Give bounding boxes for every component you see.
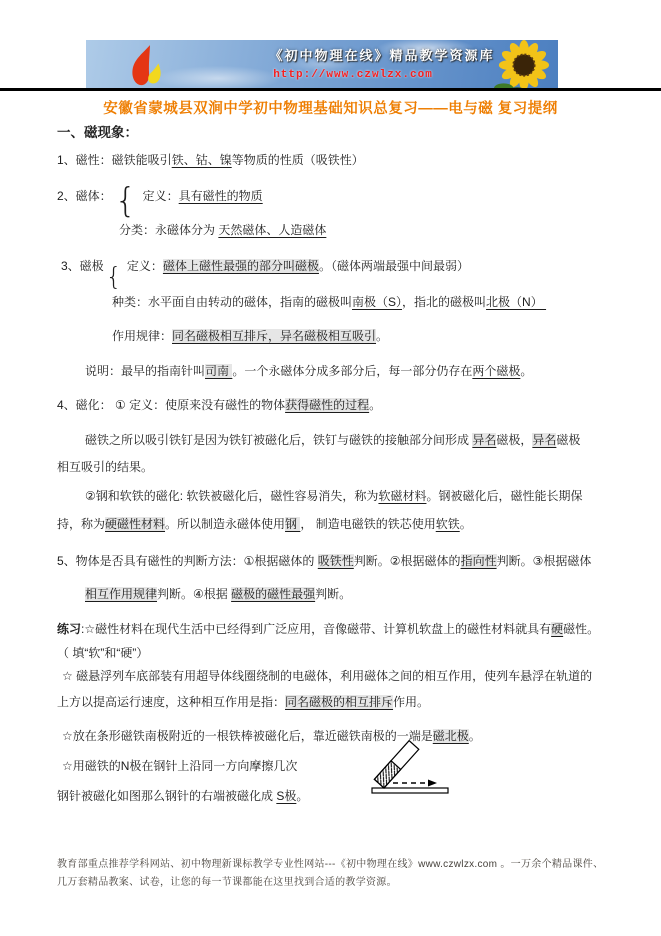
doc-line: 2、磁体：{ 定义：具有磁性的物质 <box>57 187 661 205</box>
answer-blank: 司南 <box>205 364 232 378</box>
answer-blank: 天然磁体、人造磁体 <box>218 223 326 237</box>
footer: 教育部重点推荐学科网站、初中物理新课标教学专业性网站---《初中物理在线》www… <box>57 856 617 891</box>
answer-blank: 磁极的磁性最强 <box>231 587 315 601</box>
doc-line: 3、磁极{ 定义：磁体上磁性最强的部分叫磁极。（磁体两端最强中间最弱） <box>57 257 661 277</box>
text-run: 5、物体是否具有磁性的判断方法：①根据磁体的 <box>57 554 318 568</box>
answer-blank: 获得磁性的过程 <box>285 398 369 412</box>
answer-blank: 指向性 <box>461 554 497 568</box>
text-run: 。 <box>460 517 472 531</box>
doc-line: 分类：永磁体分为 天然磁体、人造磁体 <box>57 221 661 239</box>
text-run: 。 <box>296 789 308 803</box>
answer-blank: 同名磁极相互排斥，异名磁极相互吸引 <box>172 329 376 343</box>
doc-line: ☆ 磁悬浮列车底部装有用超导体线圈绕制的电磁体，利用磁体之间的相互作用，使列车悬… <box>57 667 661 685</box>
section-heading: 一、磁现象： <box>57 124 661 142</box>
text-run: 上方以提高运行速度，这种相互作用是指： <box>57 695 285 709</box>
text-run: 持，称为 <box>57 517 105 531</box>
doc-line: （ 填“软”和“硬”） <box>57 644 661 662</box>
doc-line: 相互作用规律判断。④根据 磁极的磁性最强判断。 <box>57 585 661 603</box>
doc-line: ☆用磁铁的N极在钢针上沿同一方向摩擦几次 <box>57 757 661 775</box>
text-run: 磁铁之所以吸引铁钉是因为铁钉被磁化后，铁钉与磁铁的接触部分间形成 <box>85 433 472 447</box>
text-run: 钢针被磁化如图那么钢针的右端被磁化成 <box>57 789 276 803</box>
answer-blank: 北极（N） <box>486 295 546 309</box>
footer-line: 几万套精品教案、试卷，让您的每一节课都能在这里找到合适的教学资源。 <box>57 874 617 892</box>
text-run: 练习 <box>57 622 81 636</box>
answer-blank: 软铁 <box>436 517 460 531</box>
answer-blank: 异名 <box>532 433 556 447</box>
text-run: ， 制造电磁铁的铁芯使用 <box>300 517 435 531</box>
text-run: ☆用磁铁的N极在钢针上沿同一方向摩擦几次 <box>62 759 297 773</box>
doc-line: ☆放在条形磁铁南极附近的一根铁棒被磁化后，靠近磁铁南极的一端是磁北极。 <box>57 727 661 745</box>
brace-glyph: { <box>106 262 122 291</box>
text-run: （ 填“软”和“硬”） <box>57 646 148 660</box>
doc-line: 上方以提高运行速度，这种相互作用是指：同名磁极的相互排斥作用。 <box>57 693 661 711</box>
text-run: 。 <box>369 398 381 412</box>
answer-blank: 软磁材料 <box>378 489 426 503</box>
answer-blank: 两个磁极 <box>472 364 520 378</box>
flame-logo-icon <box>128 43 166 87</box>
answer-blank: 磁体上磁性最强的部分叫磁极 <box>163 259 319 273</box>
text-run: ②钢和软铁的磁化: 软铁被磁化后，磁性容易消失，称为 <box>85 489 378 503</box>
text-run: 。 <box>469 729 481 743</box>
answer-blank: 同名磁极的相互排斥 <box>285 695 393 709</box>
text-run: 种类：水平面自由转动的磁体，指南的磁极叫 <box>112 295 352 309</box>
doc-line: ②钢和软铁的磁化: 软铁被磁化后，磁性容易消失，称为软磁材料。钢被磁化后，磁性能… <box>57 487 661 505</box>
answer-blank: 南极（S） <box>352 295 402 309</box>
text-run: 3、磁极 <box>61 259 104 273</box>
text-run: 1、磁性：磁铁能吸引 <box>57 153 172 167</box>
answer-blank: 硬磁性材料 <box>105 517 165 531</box>
doc-body: 一、磁现象：1、磁性：磁铁能吸引铁、钴、镍等物质的性质（吸铁性）2、磁体：{ 定… <box>57 124 661 805</box>
banner-text-block: 《初中物理在线》精品教学资源库 http://www.czwlzx.com <box>236 45 528 82</box>
text-run: 。 <box>376 329 388 343</box>
answer-blank: 吸铁性 <box>318 554 354 568</box>
banner-site-url[interactable]: http://www.czwlzx.com <box>273 69 433 81</box>
text-run: 。 <box>520 364 532 378</box>
sunflower-icon <box>494 40 552 88</box>
answer-blank: 钢 <box>285 517 300 531</box>
text-run: 分类：永磁体分为 <box>119 223 218 237</box>
text-run: 作用。 <box>393 695 429 709</box>
banner-site-title: 《初中物理在线》精品教学资源库 <box>236 45 528 64</box>
text-run: ☆ 磁悬浮列车底部装有用超导体线圈绕制的电磁体，利用磁体之间的相互作用，使列车悬… <box>62 669 592 683</box>
header-banner: 《初中物理在线》精品教学资源库 http://www.czwlzx.com <box>86 40 558 88</box>
text-run: 说明：最早的指南针叫 <box>85 364 205 378</box>
doc-line: 作用规律：同名磁极相互排斥，异名磁极相互吸引。 <box>57 327 661 345</box>
answer-blank: S极 <box>276 789 296 803</box>
text-run: 4、磁化： ① 定义：使原来没有磁性的物体 <box>57 398 285 412</box>
doc-line: 5、物体是否具有磁性的判断方法：①根据磁体的 吸铁性判断。②根据磁体的指向性判断… <box>57 552 661 570</box>
answer-blank: 铁、钴、镍 <box>172 153 232 167</box>
doc-line: 相互吸引的结果。 <box>57 458 661 476</box>
text-run: ，指北的磁极叫 <box>402 295 486 309</box>
brace-glyph: { <box>115 181 137 221</box>
answer-blank: 具有磁性的物质 <box>179 189 263 203</box>
text-run: 作用规律： <box>112 329 172 343</box>
text-run: 磁性。 <box>563 622 599 636</box>
answer-blank: 硬 <box>551 622 563 636</box>
answer-blank: 相互作用规律 <box>85 587 157 601</box>
text-run: 相互吸引的结果。 <box>57 460 153 474</box>
footer-line: 教育部重点推荐学科网站、初中物理新课标教学专业性网站---《初中物理在线》www… <box>57 856 617 874</box>
answer-blank: 异名 <box>472 433 496 447</box>
doc-title: 安徽省蒙城县双涧中学初中物理基础知识总复习——电与磁 复习提纲 <box>0 97 661 118</box>
doc-line: 4、磁化： ① 定义：使原来没有磁性的物体获得磁性的过程。 <box>57 396 661 414</box>
text-run: 。（磁体两端最强中间最弱） <box>319 259 469 273</box>
text-run: 等物质的性质（吸铁性） <box>232 153 364 167</box>
text-run: 。钢被磁化后，磁性能长期保 <box>426 489 582 503</box>
doc-line: 1、磁性：磁铁能吸引铁、钴、镍等物质的性质（吸铁性） <box>57 151 661 169</box>
text-run: 磁极 <box>556 433 580 447</box>
text-run: 。一个永磁体分成多部分后，每一部分仍存在 <box>232 364 472 378</box>
doc-line: 磁铁之所以吸引铁钉是因为铁钉被磁化后，铁钉与磁铁的接触部分间形成 异名磁极，异名… <box>57 431 661 449</box>
page: 《初中物理在线》精品教学资源库 http://www.czwlzx.com <box>0 0 661 936</box>
text-run: 判断。 <box>315 587 351 601</box>
text-run: 判断。④根据 <box>157 587 231 601</box>
text-run: 判断。②根据磁体的 <box>354 554 461 568</box>
doc-line: 持，称为硬磁性材料。所以制造永磁体使用钢 ， 制造电磁铁的铁芯使用软铁。 <box>57 515 661 533</box>
doc-line: 练习:☆磁性材料在现代生活中已经得到广泛应用，音像磁带、计算机软盘上的磁性材料就… <box>57 620 661 638</box>
divider-rule <box>0 88 661 91</box>
text-run: 磁极， <box>496 433 532 447</box>
doc-line: 说明：最早的指南针叫司南 。一个永磁体分成多部分后，每一部分仍存在两个磁极。 <box>57 362 661 380</box>
doc-line: 种类：水平面自由转动的磁体，指南的磁极叫南极（S），指北的磁极叫北极（N） <box>57 293 661 311</box>
text-run: 判断。③根据磁体 <box>497 554 592 568</box>
doc-line: 钢针被磁化如图那么钢针的右端被磁化成 S极。 <box>57 787 661 805</box>
text-run: 。所以制造永磁体使用 <box>165 517 285 531</box>
text-run: 定义： <box>139 189 178 203</box>
text-run: 一、磁现象： <box>57 125 138 140</box>
text-run: 2、磁体： <box>57 189 112 203</box>
text-run: 定义： <box>124 259 163 273</box>
needle-magnetization-diagram <box>368 738 456 800</box>
text-run: :☆磁性材料在现代生活中已经得到广泛应用，音像磁带、计算机软盘上的磁性材料就具有 <box>81 622 551 636</box>
